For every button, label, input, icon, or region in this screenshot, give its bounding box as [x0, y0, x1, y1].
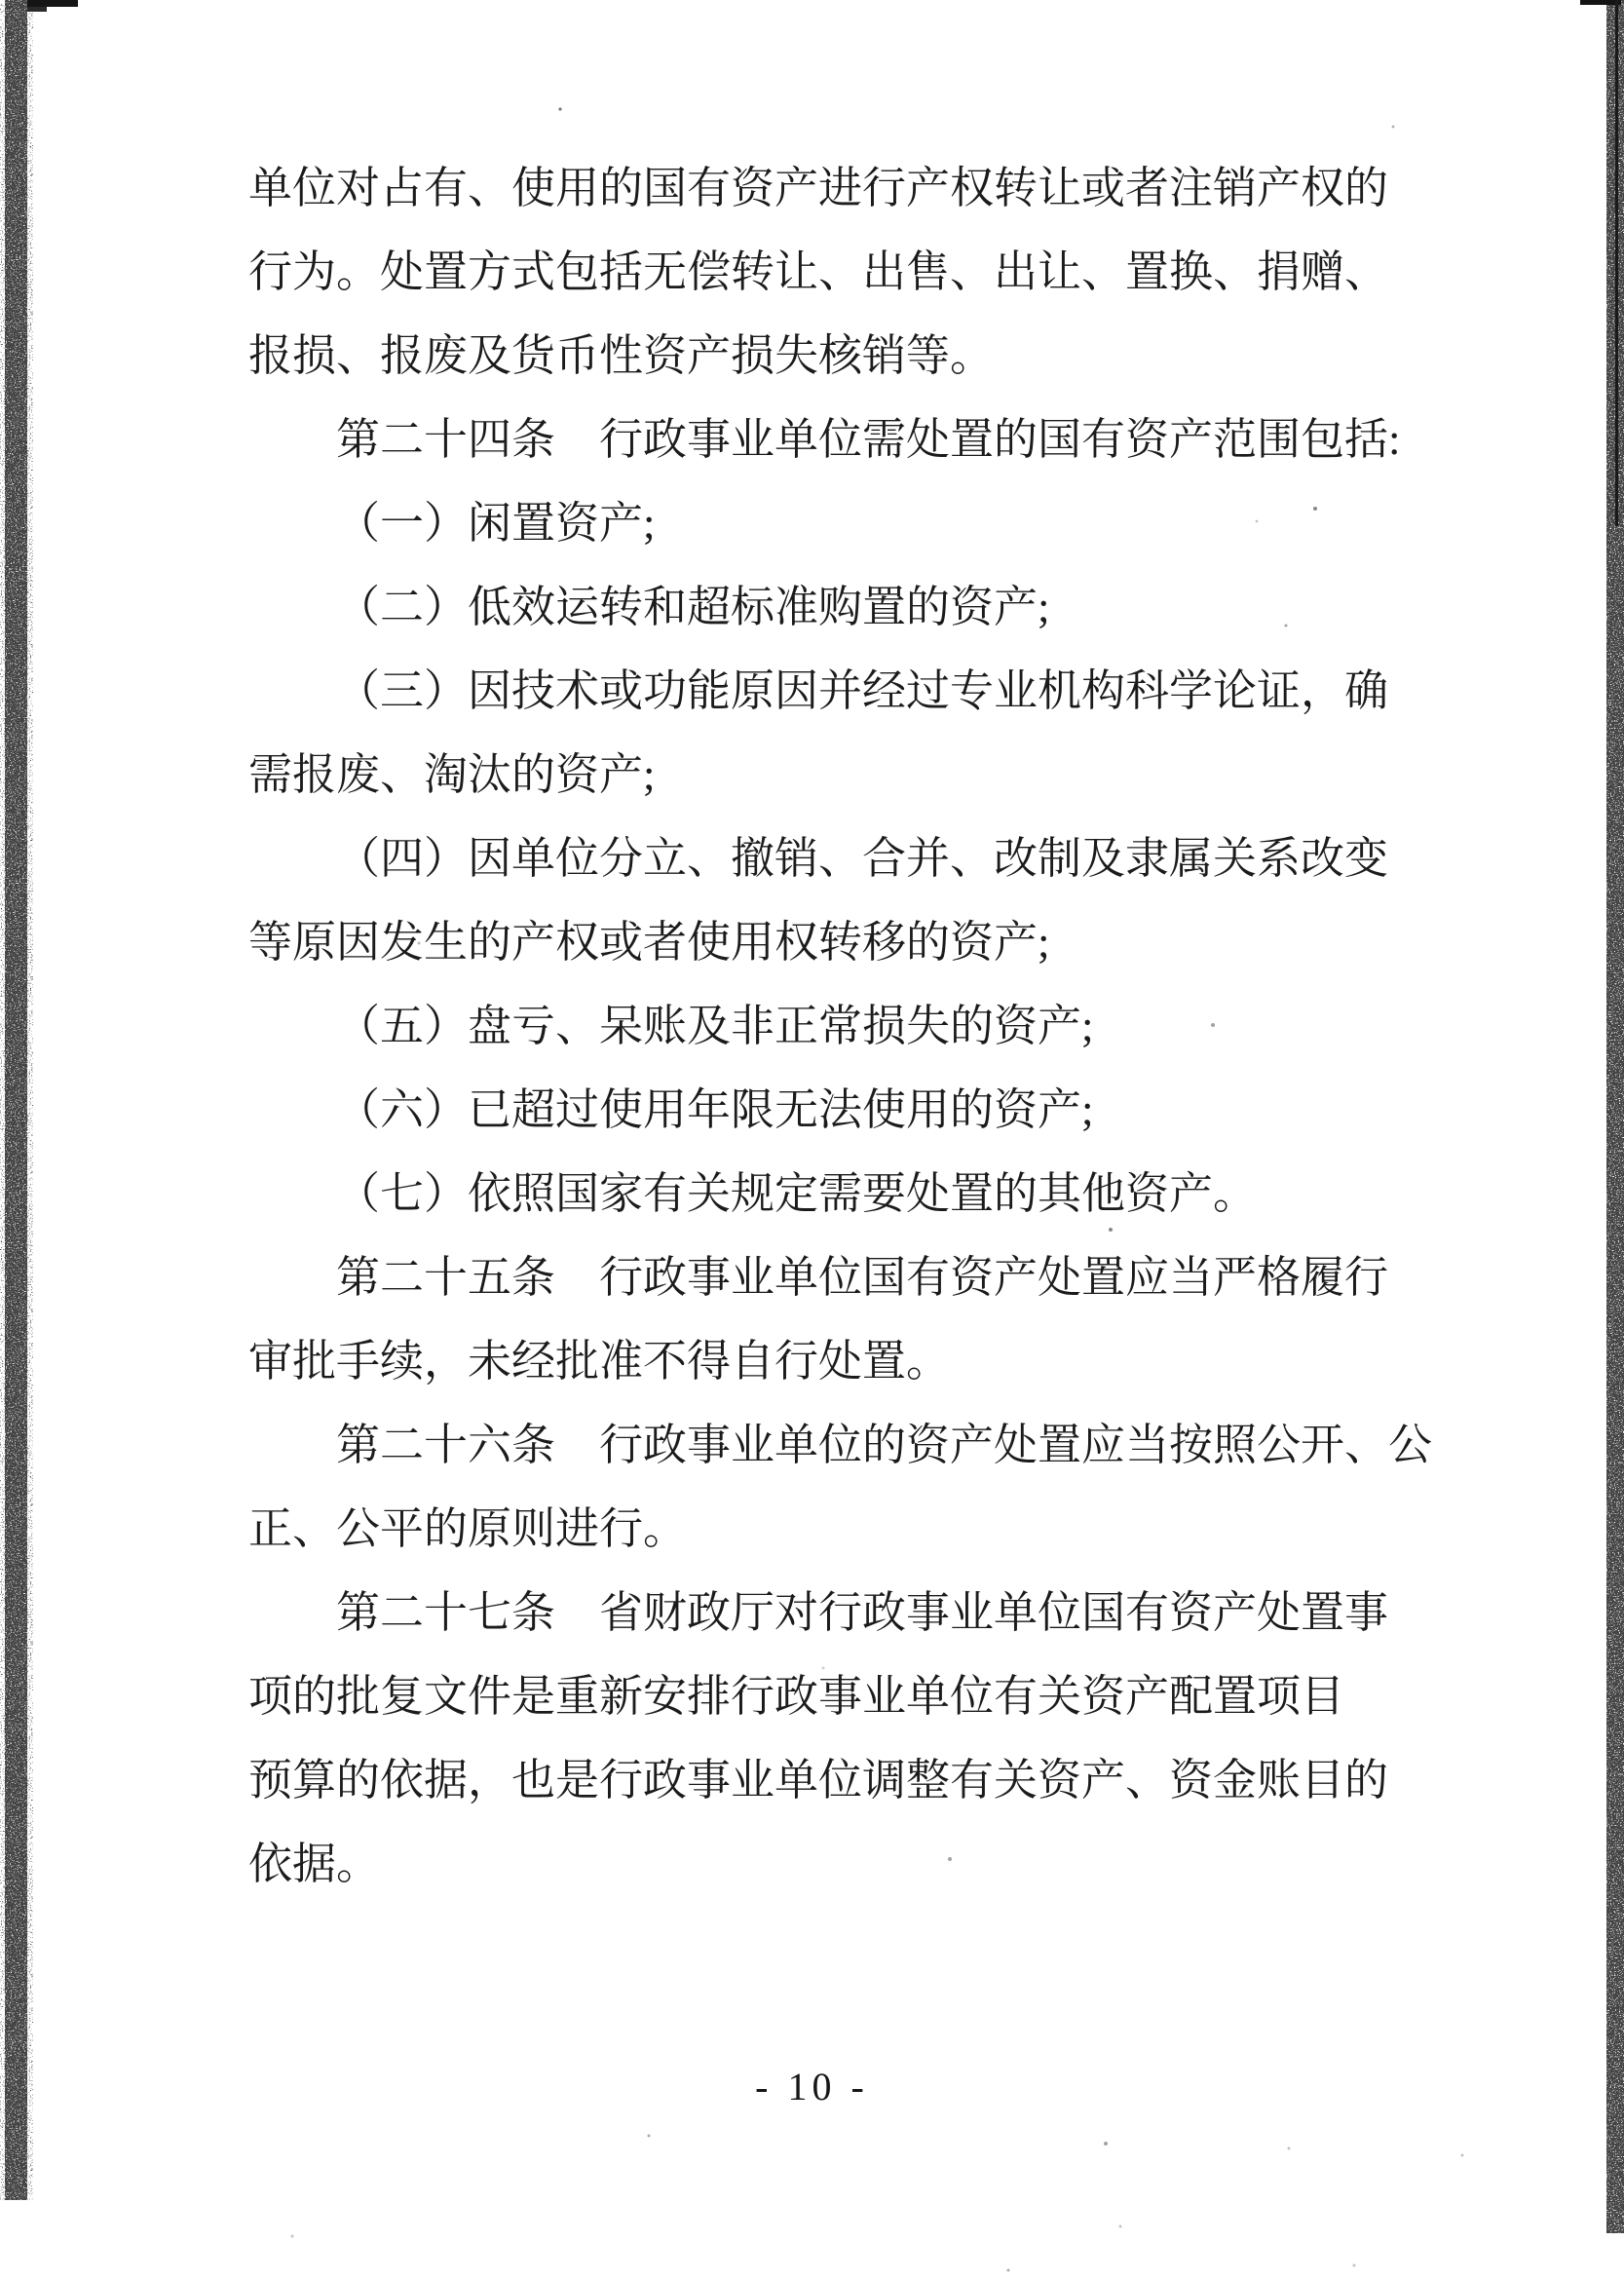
text-line: 项的批复文件是重新安排行政事业单位有关资产配置项目	[248, 1654, 1403, 1738]
document-page: 单位对占有、使用的国有资产进行产权转让或者注销产权的行为。处置方式包括无偿转让、…	[0, 0, 1624, 2279]
text-line: 预算的依据，也是行政事业单位调整有关资产、资金账目的	[248, 1738, 1403, 1822]
text-line: （二）低效运转和超标准购置的资产;	[248, 565, 1403, 649]
text-line: 等原因发生的产权或者使用权转移的资产;	[248, 900, 1403, 984]
document-body: 单位对占有、使用的国有资产进行产权转让或者注销产权的行为。处置方式包括无偿转让、…	[248, 146, 1403, 1906]
text-line: 单位对占有、使用的国有资产进行产权转让或者注销产权的	[248, 146, 1403, 230]
text-line: 第二十四条 行政事业单位需处置的国有资产范围包括:	[248, 398, 1403, 481]
text-line: 正、公平的原则进行。	[248, 1487, 1403, 1571]
text-line: 依据。	[248, 1822, 1403, 1906]
text-line: 行为。处置方式包括无偿转让、出售、出让、置换、捐赠、	[248, 230, 1403, 314]
text-line: 第二十六条 行政事业单位的资产处置应当按照公开、公	[248, 1403, 1403, 1487]
text-line: 需报废、淘汰的资产;	[248, 733, 1403, 817]
text-line: 审批手续，未经批准不得自行处置。	[248, 1319, 1403, 1403]
text-line: （七）依照国家有关规定需要处置的其他资产。	[248, 1152, 1403, 1235]
text-line: 第二十七条 省财政厅对行政事业单位国有资产处置事	[248, 1571, 1403, 1654]
text-line: 第二十五条 行政事业单位国有资产处置应当严格履行	[248, 1235, 1403, 1319]
text-line: （五）盘亏、呆账及非正常损失的资产;	[248, 984, 1403, 1068]
text-line: （三）因技术或功能原因并经过专业机构科学论证，确	[248, 649, 1403, 733]
text-line: （六）已超过使用年限无法使用的资产;	[248, 1068, 1403, 1152]
text-line: （四）因单位分立、撤销、合并、改制及隶属关系改变	[248, 817, 1403, 900]
text-line: 报损、报废及货币性资产损失核销等。	[248, 314, 1403, 398]
page-number: - 10 -	[0, 2064, 1624, 2109]
text-line: （一）闲置资产;	[248, 481, 1403, 565]
